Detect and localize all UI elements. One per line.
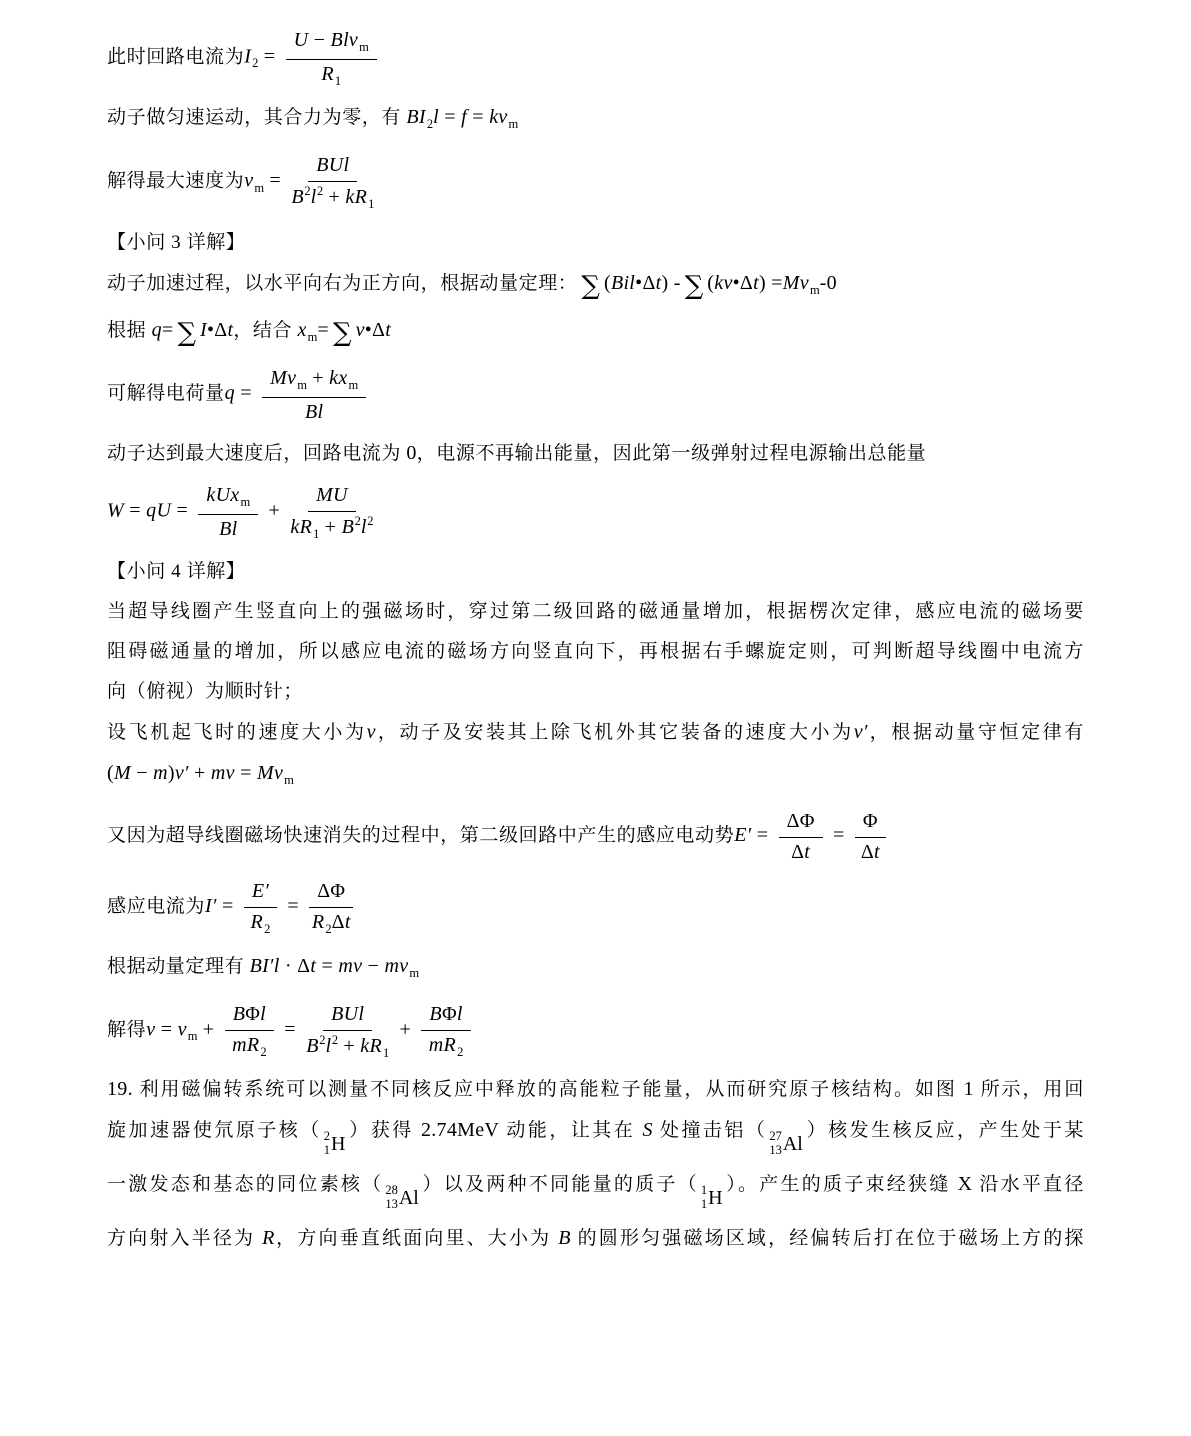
math-run: B (233, 1003, 246, 1025)
math-run: l (361, 516, 367, 538)
fraction: ΔΦΔt (779, 808, 823, 865)
text-run: ，电源不再输出能量，因此第一级弹射过程电源输出总能量 (417, 443, 927, 464)
math-run: v′ (175, 762, 189, 784)
text-run: 阻碍磁通量的增加，所以感应电流的磁场方向竖直向下，再根据右手螺旋定则，可判断超导… (107, 641, 1084, 662)
math-run: ) - (662, 272, 681, 294)
math-run: BI′l (250, 955, 280, 977)
fraction-numerator: kUxm (198, 482, 258, 515)
fraction-numerator: MU (308, 482, 356, 512)
para-lenz-law-line3: 向（俯视）为顺时针； (107, 677, 1084, 707)
math-run: Φ (863, 810, 878, 832)
subscript: 1 (368, 197, 374, 211)
math-run: = (171, 499, 193, 521)
sum-operator: ∑ (173, 318, 200, 348)
text-run: 根据动量定理有 (107, 956, 250, 977)
math-run: + (338, 1035, 360, 1057)
math-run: q (225, 382, 235, 404)
text-run: 此时回路电流为 (107, 46, 244, 67)
math-run: kv (489, 106, 507, 128)
text-run: 的圆形匀强磁场区域，经偏转后打在位于磁场上方的探 (571, 1228, 1084, 1249)
fraction-numerator: BUl (308, 152, 357, 182)
math-run: Δ (861, 841, 874, 863)
math-run: v (146, 1018, 155, 1040)
text-run: 【小问 3 详解】 (107, 232, 245, 253)
text-run: 又因为超导线圈磁场快速消失的过程中，第二级回路中产生的感应电动势 (107, 825, 734, 846)
fraction: BUlB2l2 + kR1 (306, 1001, 389, 1062)
math-run: + (198, 1018, 220, 1040)
math-run: = (217, 895, 239, 917)
text-momentum-conservation-intro: 设飞机起飞时的速度大小为v，动子及安装其上除飞机外其它装备的速度大小为v′，根据… (107, 717, 1084, 748)
text-run: ）获得 (347, 1120, 421, 1141)
text-run: 方向射入半径为 (107, 1228, 262, 1249)
math-run: mv (211, 762, 235, 784)
math-run: qU (146, 499, 171, 521)
formula-induced-current: 感应电流为I′ = E′R2 = ΔΦR2Δt (107, 878, 1084, 938)
math-run: Bil (611, 272, 635, 294)
math-run: 2.74MeV (421, 1119, 499, 1141)
math-run: = (317, 319, 329, 341)
fraction: ΔΦR2Δt (309, 878, 353, 938)
math-run: l (457, 1003, 463, 1025)
math-run: kR (360, 1035, 382, 1057)
math-run: ) (168, 762, 175, 784)
math-run: ΔΦ (787, 810, 815, 832)
formula-loop-current: 此时回路电流为I2 = U − BlvmR1 (107, 27, 1084, 89)
formula-max-speed: 解得最大速度为vm = BUlB2l2 + kR1 (107, 152, 1084, 213)
math-run: ( (604, 272, 611, 294)
math-run: kR (345, 186, 367, 208)
math-run: v (244, 170, 253, 192)
math-run: − (131, 762, 153, 784)
math-run: l (260, 1003, 266, 1025)
text-uniform-motion: 动子做匀速运动，其合力为零，有 BI2l = f = kvm (107, 102, 1084, 139)
text-run: ）核发生核反应，产生处于某 (805, 1120, 1084, 1141)
math-run: = (439, 106, 461, 128)
document-page: 此时回路电流为I2 = U − BlvmR1动子做匀速运动，其合力为零，有 BI… (0, 0, 1191, 1436)
fraction: BΦlmR2 (225, 1001, 274, 1061)
math-run: + (394, 1018, 416, 1040)
math-run: x (297, 319, 306, 341)
math-run: Bl (219, 518, 237, 540)
text-run: ，方向垂直纸面向里、大小为 (275, 1228, 559, 1249)
math-run: Φ (442, 1003, 457, 1025)
nuclide-symbol: Al (399, 1183, 419, 1213)
text-run: 所示，用回 (974, 1079, 1084, 1100)
subscript: m (409, 966, 419, 980)
math-run: = (828, 824, 850, 846)
math-run: •Δ (635, 272, 655, 294)
text-run: 解得 (107, 1019, 146, 1040)
math-run: t (385, 319, 391, 341)
nuclide-notation: 11H (701, 1183, 723, 1213)
math-run: Mv (783, 272, 809, 294)
math-run: B (291, 186, 304, 208)
math-run: = (235, 762, 257, 784)
math-run: l (311, 186, 317, 208)
math-run: kv (714, 272, 732, 294)
math-run: = (155, 1018, 177, 1040)
text-run: ，根据动量守恒定律有 (868, 722, 1084, 743)
math-run: BUl (331, 1003, 364, 1025)
text-run: 解得最大速度为 (107, 171, 244, 192)
math-run: E′ (252, 880, 269, 902)
fraction: BΦlmR2 (421, 1001, 470, 1061)
subscript: m (284, 773, 294, 787)
text-run: 旋加速器使氘原子核（ (107, 1120, 322, 1141)
math-run: BUl (316, 154, 349, 176)
math-run: M (114, 762, 131, 784)
question-19-line4: 方向射入半径为 R，方向垂直纸面向里、大小为 B 的圆形匀强磁场区域，经偏转后打… (107, 1223, 1084, 1254)
math-run: I (244, 45, 251, 67)
text-run: 向（俯视）为顺时针； (107, 681, 303, 702)
nuclide-numbers: 11 (701, 1184, 707, 1212)
fraction-denominator: R2 (251, 908, 271, 938)
text-run: ，动子及安装其上除飞机外其它装备的速度大小为 (376, 722, 854, 743)
math-run: •Δ (365, 319, 385, 341)
subscript: m (254, 181, 264, 195)
math-run: I (200, 319, 207, 341)
formula-total-energy: W = qU = kUxmBl + MUkR1 + B2l2 (107, 482, 1084, 543)
text-run: 沿水平直径 (972, 1174, 1084, 1195)
math-run: − (362, 955, 384, 977)
math-run: = (258, 45, 280, 67)
question-19-line3: 一激发态和基态的同位素核（2813Al）以及两种不同能量的质子（11H）。产生的… (107, 1169, 1084, 1213)
subscript: m (810, 283, 820, 297)
math-run: ( (107, 762, 114, 784)
sum-operator: ∑ (329, 318, 356, 348)
math-run: BI (406, 106, 425, 128)
nuclide-numbers: 21 (324, 1130, 330, 1158)
nuclide-symbol: H (708, 1183, 722, 1213)
fraction-denominator: R2Δt (312, 908, 351, 938)
math-run: t (874, 841, 880, 863)
fraction-numerator: BΦl (225, 1001, 274, 1031)
text-momentum-theorem: 动子加速过程，以水平向右为正方向，根据动量定理：∑(Bil•Δt) -∑(kv•… (107, 268, 1084, 305)
fraction-denominator: R1 (321, 60, 341, 90)
formula-emf: 又因为超导线圈磁场快速消失的过程中，第二级回路中产生的感应电动势E′ = ΔΦΔ… (107, 808, 1084, 865)
text-run: 设飞机起飞时的速度大小为 (107, 722, 367, 743)
math-run: + (307, 367, 329, 389)
fraction-numerator: BΦl (421, 1001, 470, 1031)
math-run: •Δ (207, 319, 227, 341)
fraction: U − BlvmR1 (286, 27, 377, 89)
fraction: MUkR1 + B2l2 (290, 482, 373, 543)
subscript: m (308, 330, 318, 344)
math-run: kx (329, 367, 347, 389)
math-run: Mv (257, 762, 283, 784)
math-run: B (558, 1227, 571, 1249)
subscript: m (509, 117, 519, 131)
subscript: m (188, 1029, 198, 1043)
math-run: 19. (107, 1078, 140, 1100)
para-lenz-law-line1: 当超导线圈产生竖直向上的强磁场时，穿过第二级回路的磁通量增加，根据楞次定律，感应… (107, 597, 1084, 627)
text-run: 当超导线圈产生竖直向上的强磁场时，穿过第二级回路的磁通量增加，根据楞次定律，感应… (107, 601, 1084, 622)
math-run: kR (290, 516, 312, 538)
text-run: 利用磁偏转系统可以测量不同核反应中释放的高能粒子能量，从而研究原子核结构。如图 (140, 1079, 964, 1100)
sum-operator: ∑ (577, 271, 604, 301)
math-run: − (308, 29, 330, 51)
text-run: 动子加速过程，以水平向右为正方向，根据动量定理： (107, 273, 577, 294)
math-run: mR (232, 1034, 259, 1056)
math-run: R (251, 911, 264, 933)
nuclide-symbol: Al (783, 1129, 803, 1159)
fraction: Mvm + kxmBl (262, 365, 366, 425)
subscript: 2 (457, 1045, 463, 1059)
para-lenz-law-line2: 阻碍磁通量的增加，所以感应电流的磁场方向竖直向下，再根据右手螺旋定则，可判断超导… (107, 637, 1084, 667)
math-run: = (279, 1018, 301, 1040)
math-run: Blv (331, 29, 359, 51)
math-run: v (356, 319, 365, 341)
superscript: 2 (367, 514, 373, 528)
nuclide-notation: 2713Al (769, 1129, 803, 1159)
math-run: E′ (734, 824, 751, 846)
header-subquestion-3: 【小问 3 详解】 (107, 228, 1084, 258)
math-run: = (162, 319, 174, 341)
question-19-line2: 旋加速器使氘原子核（21H）获得 2.74MeV 动能，让其在 S 处撞击铝（2… (107, 1115, 1084, 1159)
text-energy-note: 动子达到最大速度后，回路电流为 0，电源不再输出能量，因此第一级弹射过程电源输出… (107, 438, 1084, 469)
subscript: m (349, 378, 359, 392)
math-run: mv (384, 955, 408, 977)
math-run: = (124, 499, 146, 521)
text-run: ）。产生的质子束经狭缝 (725, 1174, 958, 1195)
math-run: = (467, 106, 489, 128)
math-run: = (282, 895, 304, 917)
subscript: m (297, 378, 307, 392)
math-run: W (107, 499, 124, 521)
math-run: + (319, 516, 341, 538)
nuclide-notation: 2813Al (385, 1183, 419, 1213)
fraction-denominator: mR2 (232, 1031, 267, 1061)
math-run: I′ (205, 895, 217, 917)
math-run: + (189, 762, 211, 784)
math-run: Δ (332, 911, 345, 933)
fraction-denominator: kR1 + B2l2 (290, 512, 373, 543)
text-run: 动子达到最大速度后，回路电流为 (107, 443, 406, 464)
subscript: m (241, 495, 251, 509)
math-run: = (316, 955, 338, 977)
math-run: ) = (759, 272, 783, 294)
text-run: 感应电流为 (107, 896, 205, 917)
fraction-denominator: mR2 (429, 1031, 464, 1061)
math-run: R (262, 1227, 275, 1249)
text-run: ，结合 (233, 320, 297, 341)
math-run: Φ (245, 1003, 260, 1025)
fraction-denominator: Bl (219, 515, 237, 542)
text-charge-relation: 根据 q=∑I•Δt，结合 xm=∑v•Δt (107, 315, 1084, 352)
math-run: •Δ (733, 272, 753, 294)
math-run: R (321, 63, 334, 85)
math-run: Bl (305, 401, 323, 423)
math-run: B (342, 516, 355, 538)
subscript: 1 (335, 74, 341, 88)
math-run: = (264, 170, 286, 192)
subscript: 1 (383, 1046, 389, 1060)
fraction: ΦΔt (855, 808, 886, 865)
math-run: ΔΦ (317, 880, 345, 902)
fraction: E′R2 (244, 878, 277, 938)
fraction-numerator: U − Blvm (286, 27, 377, 60)
text-run: 一激发态和基态的同位素核（ (107, 1174, 383, 1195)
math-run: Δ (791, 841, 804, 863)
math-run: MU (316, 484, 348, 506)
fraction-denominator: Bl (305, 398, 323, 425)
subscript: 2 (260, 1045, 266, 1059)
math-run: B (429, 1003, 442, 1025)
fraction: kUxmBl (198, 482, 258, 542)
question-19-line1: 19. 利用磁偏转系统可以测量不同核反应中释放的高能粒子能量，从而研究原子核结构… (107, 1074, 1084, 1105)
text-run: 处撞击铝（ (653, 1120, 768, 1141)
math-run: = (751, 824, 773, 846)
formula-charge: 可解得电荷量q = Mvm + kxmBl (107, 365, 1084, 425)
fraction-denominator: B2l2 + kR1 (306, 1031, 389, 1062)
fraction-numerator: ΔΦ (779, 808, 823, 838)
fraction-numerator: ΔΦ (309, 878, 353, 908)
text-run: 动子做匀速运动，其合力为零，有 (107, 107, 406, 128)
document-body: 此时回路电流为I2 = U − BlvmR1动子做匀速运动，其合力为零，有 BI… (107, 27, 1084, 1254)
nuclide-numbers: 2813 (385, 1184, 398, 1212)
math-run: q (152, 319, 162, 341)
math-run: B (306, 1035, 319, 1057)
math-run: v′ (854, 721, 868, 743)
math-run: m (153, 762, 168, 784)
fraction-numerator: Φ (855, 808, 886, 838)
header-subquestion-4: 【小问 4 详解】 (107, 557, 1084, 587)
math-run: Mv (270, 367, 296, 389)
fraction-denominator: Δt (861, 838, 880, 865)
fraction-denominator: Δt (791, 838, 810, 865)
text-run: 动能，让其在 (499, 1120, 642, 1141)
sum-operator: ∑ (681, 271, 708, 301)
math-run: = (235, 382, 257, 404)
text-run: 【小问 4 详解】 (107, 561, 245, 582)
math-run: R (312, 911, 325, 933)
math-run: t (345, 911, 351, 933)
math-run: v (367, 721, 376, 743)
math-run: v (178, 1018, 187, 1040)
math-run: U (294, 29, 309, 51)
math-run: l (325, 1035, 331, 1057)
text-run: 根据 (107, 320, 152, 341)
nuclide-notation: 21H (324, 1129, 346, 1159)
math-run: + (263, 499, 285, 521)
math-run: 0 (406, 442, 416, 464)
fraction: BUlB2l2 + kR1 (291, 152, 374, 213)
text-run: ）以及两种不同能量的质子（ (421, 1174, 699, 1195)
text-impulse-theorem: 根据动量定理有 BI′l · Δt = mv − mvm (107, 951, 1084, 988)
math-run: S (642, 1119, 652, 1141)
fraction-numerator: BUl (323, 1001, 372, 1031)
fraction-numerator: Mvm + kxm (262, 365, 366, 398)
math-run: X (958, 1173, 973, 1195)
nuclide-numbers: 2713 (769, 1130, 782, 1158)
subscript: m (359, 40, 369, 54)
math-run: mv (338, 955, 362, 977)
formula-momentum-conservation: (M − m)v′ + mv = Mvm (107, 758, 1084, 795)
math-run: mR (429, 1034, 456, 1056)
math-run: t (804, 841, 810, 863)
math-run: -0 (820, 272, 837, 294)
fraction-denominator: B2l2 + kR1 (291, 182, 374, 213)
text-run: 可解得电荷量 (107, 383, 225, 404)
nuclide-symbol: H (331, 1129, 345, 1159)
math-run: 1 (964, 1078, 974, 1100)
math-run: + (323, 186, 345, 208)
math-run: · Δ (280, 955, 311, 977)
subscript: 2 (264, 922, 270, 936)
fraction-numerator: E′ (244, 878, 277, 908)
formula-final-speed: 解得v = vm + BΦlmR2 = BUlB2l2 + kR1 + BΦlm… (107, 1001, 1084, 1062)
math-run: kUx (206, 484, 239, 506)
